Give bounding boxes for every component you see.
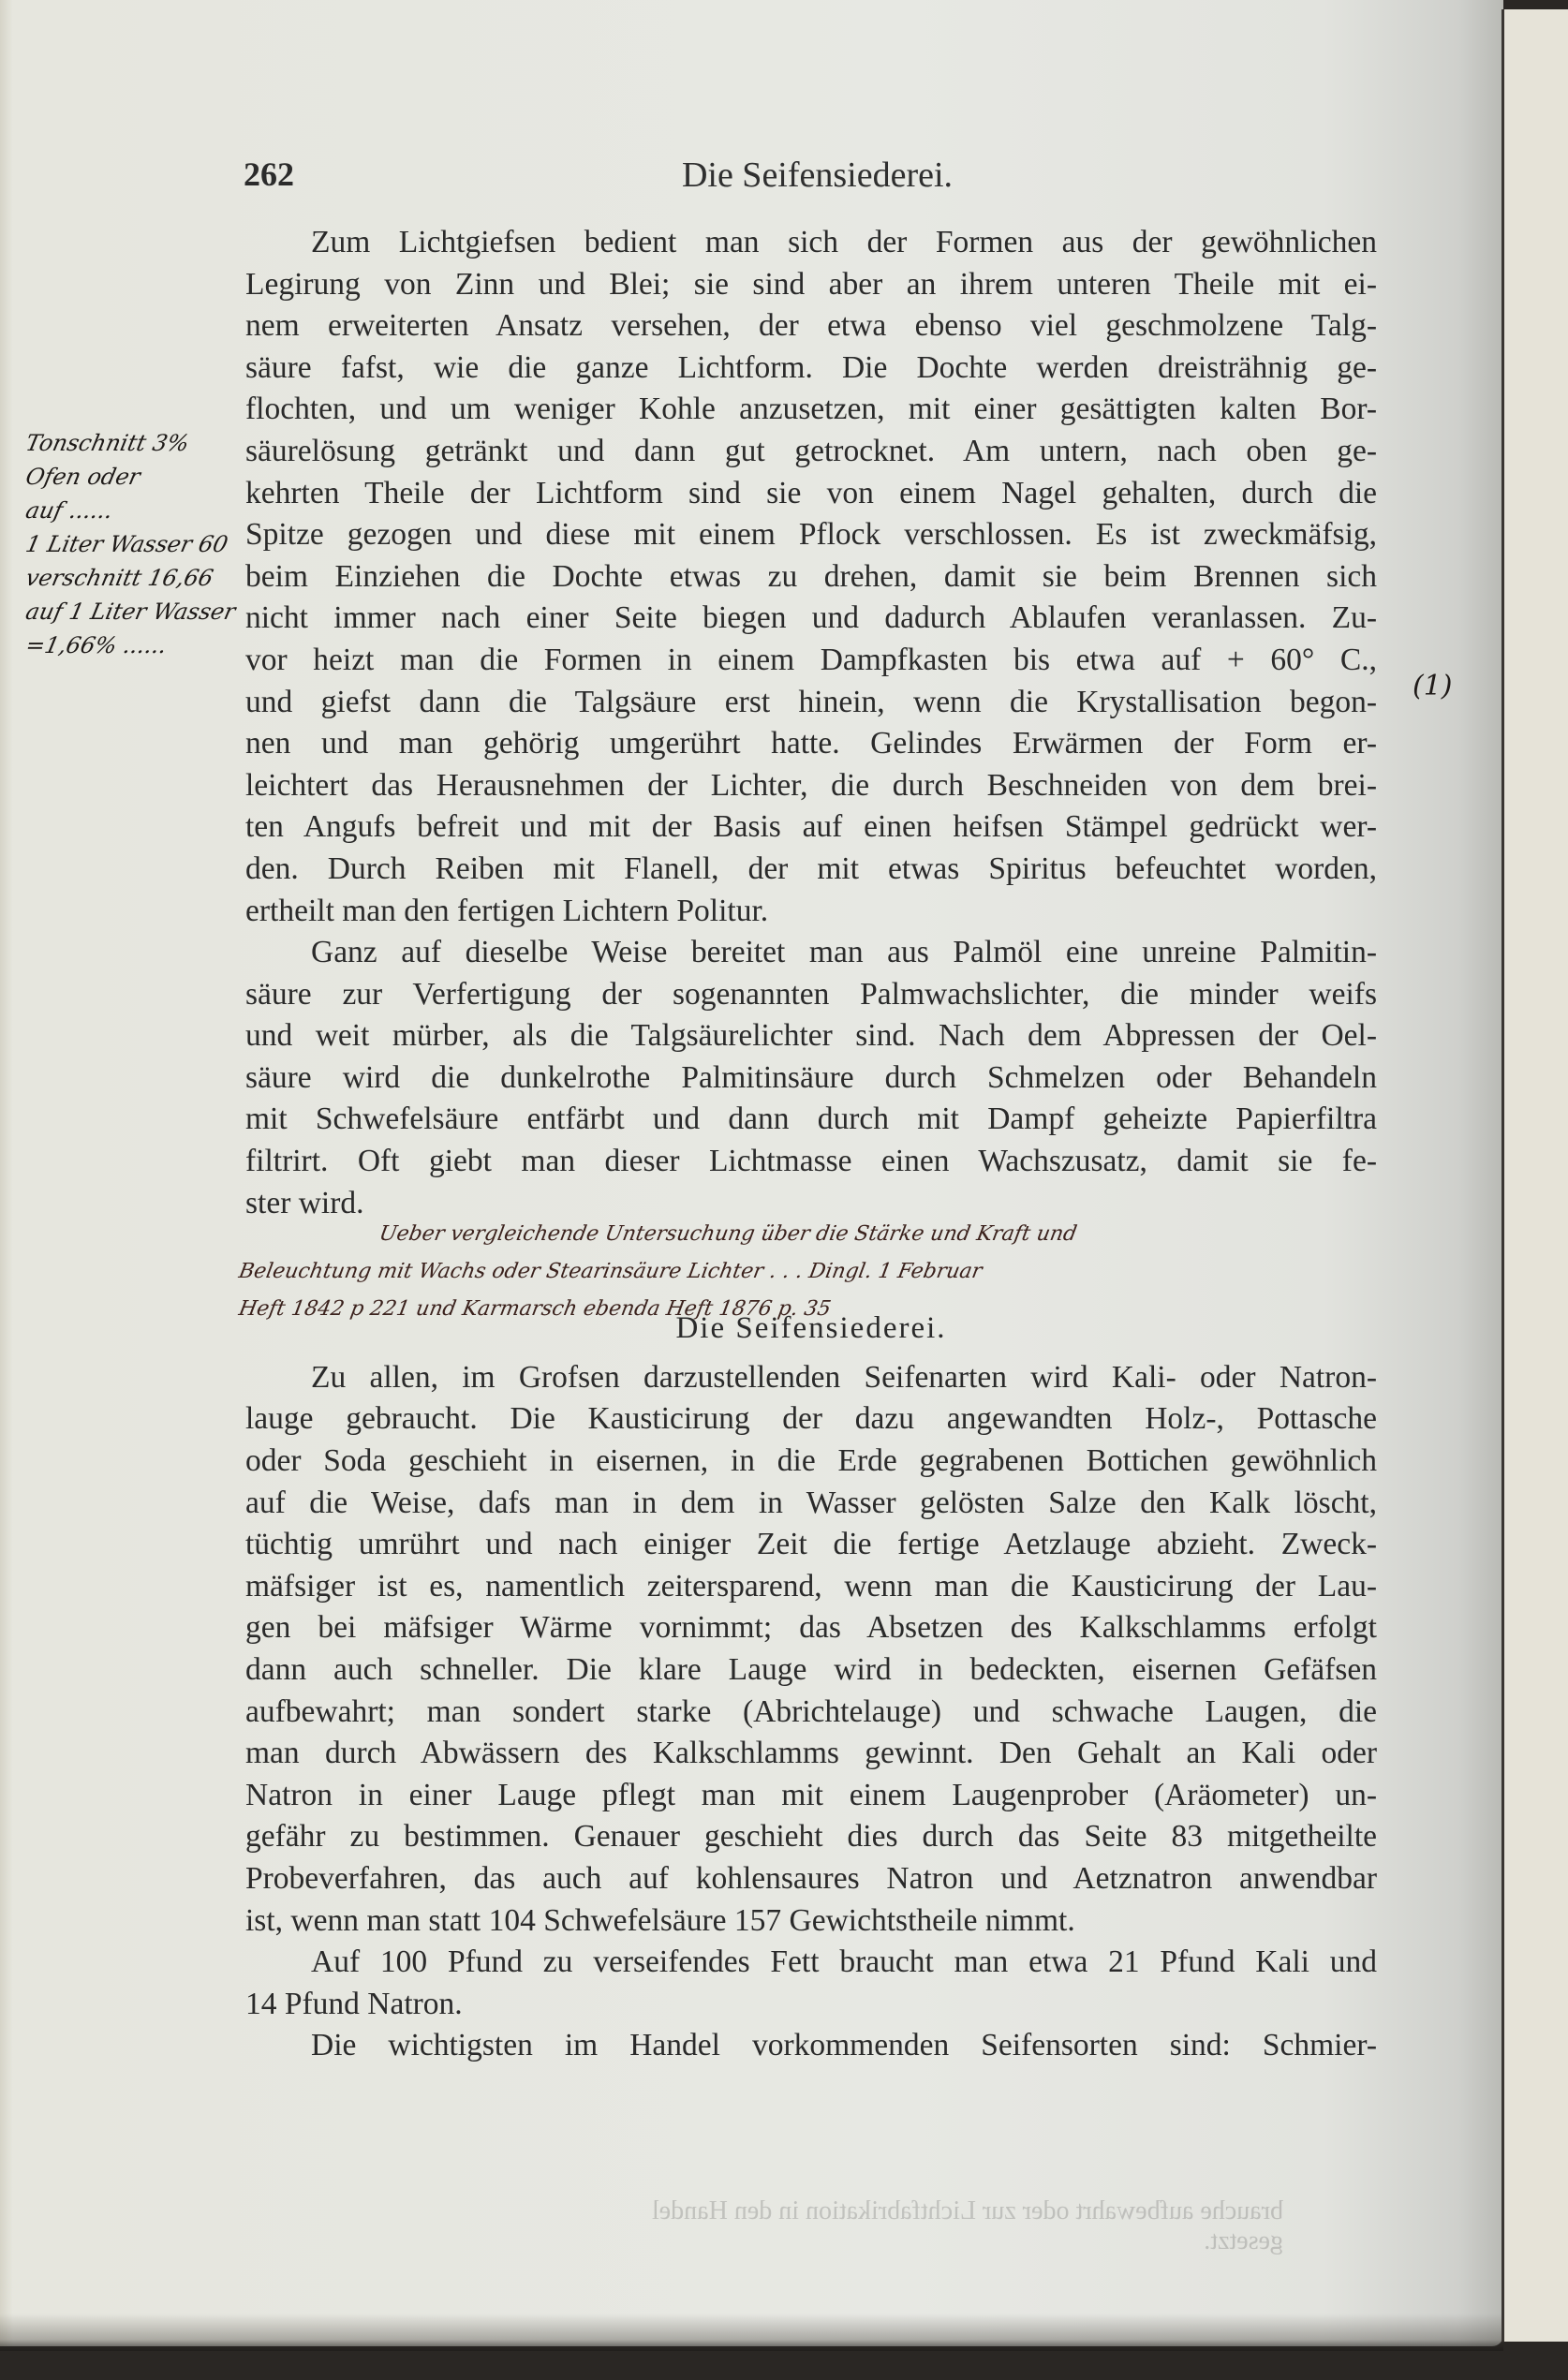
margin-note-line: auf ...... <box>22 494 255 527</box>
handwritten-note-line: Heft 1842 p 221 und Karmarsch ebenda Hef… <box>235 1291 1394 1328</box>
margin-note-line: Ofen oder <box>22 460 255 494</box>
paragraph-quantities: Auf 100 Pfund zu verseifendes Fett brauc… <box>245 1942 1377 2025</box>
text-line: dann auch schneller. Die klare Lauge wir… <box>245 1649 1377 1692</box>
text-line: man durch Abwässern des Kalkschlamms gew… <box>245 1733 1377 1775</box>
text-line: lauge gebraucht. Die Kausticirung der da… <box>245 1398 1377 1441</box>
text-line: Zum Lichtgiefsen bedient man sich der Fo… <box>245 222 1377 264</box>
running-title: Die Seifensiederei. <box>244 155 1391 196</box>
margin-note-line: verschnitt 16,66 <box>22 561 255 595</box>
handwritten-inline-note: Ueber vergleichende Untersuchung über di… <box>239 1216 1391 1328</box>
text-line: und giefst dann die Talgsäure erst hinei… <box>245 682 1377 724</box>
text-line: ist, wenn man statt 104 Schwefelsäure 15… <box>245 1900 1377 1943</box>
text-line: mit Schwefelsäure entfärbt und dann durc… <box>245 1099 1377 1141</box>
text-line: mäfsiger ist es, namentlich zeitersparen… <box>245 1566 1377 1608</box>
page-edge-shadow <box>0 2313 1503 2351</box>
text-line: tüchtig umrührt und nach einiger Zeit di… <box>245 1524 1377 1566</box>
margin-note-line: Tonschnitt 3% <box>22 426 255 460</box>
book-page: 262 Die Seifensiederei. Tonschnitt 3% Of… <box>0 0 1503 2346</box>
handwritten-margin-notes: Tonschnitt 3% Ofen oder auf ...... 1 Lit… <box>26 426 251 662</box>
text-line: den. Durch Reiben mit Flanell, der mit e… <box>245 849 1377 891</box>
text-line: nicht immer nach einer Seite biegen und … <box>245 598 1377 640</box>
text-line: säure zur Verfertigung der sogenannten P… <box>245 974 1377 1016</box>
text-line: und weit mürber, als die Talgsäurelichte… <box>245 1015 1377 1057</box>
text-line: Auf 100 Pfund zu verseifendes Fett brauc… <box>245 1942 1377 1984</box>
text-line: 14 Pfund Natron. <box>245 1984 1377 2026</box>
text-line: kehrten Theile der Lichtform sind sie vo… <box>245 473 1377 515</box>
text-line: beim Einziehen die Dochte etwas zu drehe… <box>245 556 1377 599</box>
margin-note-line: =1,66% ...... <box>22 628 255 662</box>
text-line: Ganz auf dieselbe Weise bereitet man aus… <box>245 932 1377 974</box>
text-line: auf die Weise, dafs man in dem in Wasser… <box>245 1483 1377 1525</box>
paragraph-palm-candles: Ganz auf dieselbe Weise bereitet man aus… <box>245 932 1377 1224</box>
paragraph-soap-types: Die wichtigsten im Handel vorkommenden S… <box>245 2025 1377 2067</box>
text-line: gefähr zu bestimmen. Genauer geschieht d… <box>245 1816 1377 1858</box>
text-line: säure fafst, wie die ganze Lichtform. Di… <box>245 347 1377 390</box>
text-line: nen und man gehörig umgerührt hatte. Gel… <box>245 723 1377 765</box>
paragraph-lye: Zu allen, im Grofsen darzustellenden Sei… <box>245 1357 1377 1942</box>
text-line: ten Angufs befreit und mit der Basis auf… <box>245 806 1377 849</box>
page-header: 262 Die Seifensiederei. <box>244 155 1391 211</box>
text-line: Zu allen, im Grofsen darzustellenden Sei… <box>245 1357 1377 1399</box>
text-line: filtrirt. Oft giebt man dieser Lichtmass… <box>245 1141 1377 1183</box>
text-line: Spitze gezogen und diese mit einem Pfloc… <box>245 514 1377 556</box>
handwritten-footnote-marker: (1) <box>1413 670 1453 702</box>
text-line: oder Soda geschieht in eisernen, in die … <box>245 1441 1377 1483</box>
text-line: leichtert das Herausnehmen der Lichter, … <box>245 765 1377 807</box>
text-line: ertheilt man den fertigen Lichtern Polit… <box>245 891 1377 933</box>
bleed-through-text: brauche aufbewahrt oder zur Lichtfabrika… <box>581 2196 1283 2256</box>
text-line: gen bei mäfsiger Wärme vornimmt; das Abs… <box>245 1607 1377 1649</box>
body-text: Zum Lichtgiefsen bedient man sich der Fo… <box>245 222 1377 2067</box>
text-line: vor heizt man die Formen in einem Dampfk… <box>245 640 1377 682</box>
text-line: Probeverfahren, das auch auf kohlensaure… <box>245 1858 1377 1900</box>
handwritten-note-line: Beleuchtung mit Wachs oder Stearinsäure … <box>235 1253 1394 1291</box>
text-line: Die wichtigsten im Handel vorkommenden S… <box>245 2025 1377 2067</box>
text-line: aufbewahrt; man sondert starke (Abrichte… <box>245 1692 1377 1734</box>
text-line: säure wird die dunkelrothe Palmitinsäure… <box>245 1057 1377 1100</box>
margin-note-line: 1 Liter Wasser 60 <box>22 527 255 561</box>
paragraph-candle-casting: Zum Lichtgiefsen bedient man sich der Fo… <box>245 222 1377 932</box>
text-line: Legirung von Zinn und Blei; sie sind abe… <box>245 264 1377 306</box>
handwritten-note-line: Ueber vergleichende Untersuchung über di… <box>235 1216 1394 1253</box>
margin-note-line: auf 1 Liter Wasser <box>22 595 255 628</box>
text-line: Natron in einer Lauge pflegt man mit ein… <box>245 1775 1377 1817</box>
adjacent-page-edge <box>1501 9 1568 2342</box>
spacer <box>245 1350 1377 1357</box>
text-line: säurelösung getränkt und dann gut getroc… <box>245 431 1377 473</box>
text-line: flochten, und um weniger Kohle anzusetze… <box>245 389 1377 431</box>
text-line: nem erweiterten Ansatz versehen, der etw… <box>245 305 1377 347</box>
